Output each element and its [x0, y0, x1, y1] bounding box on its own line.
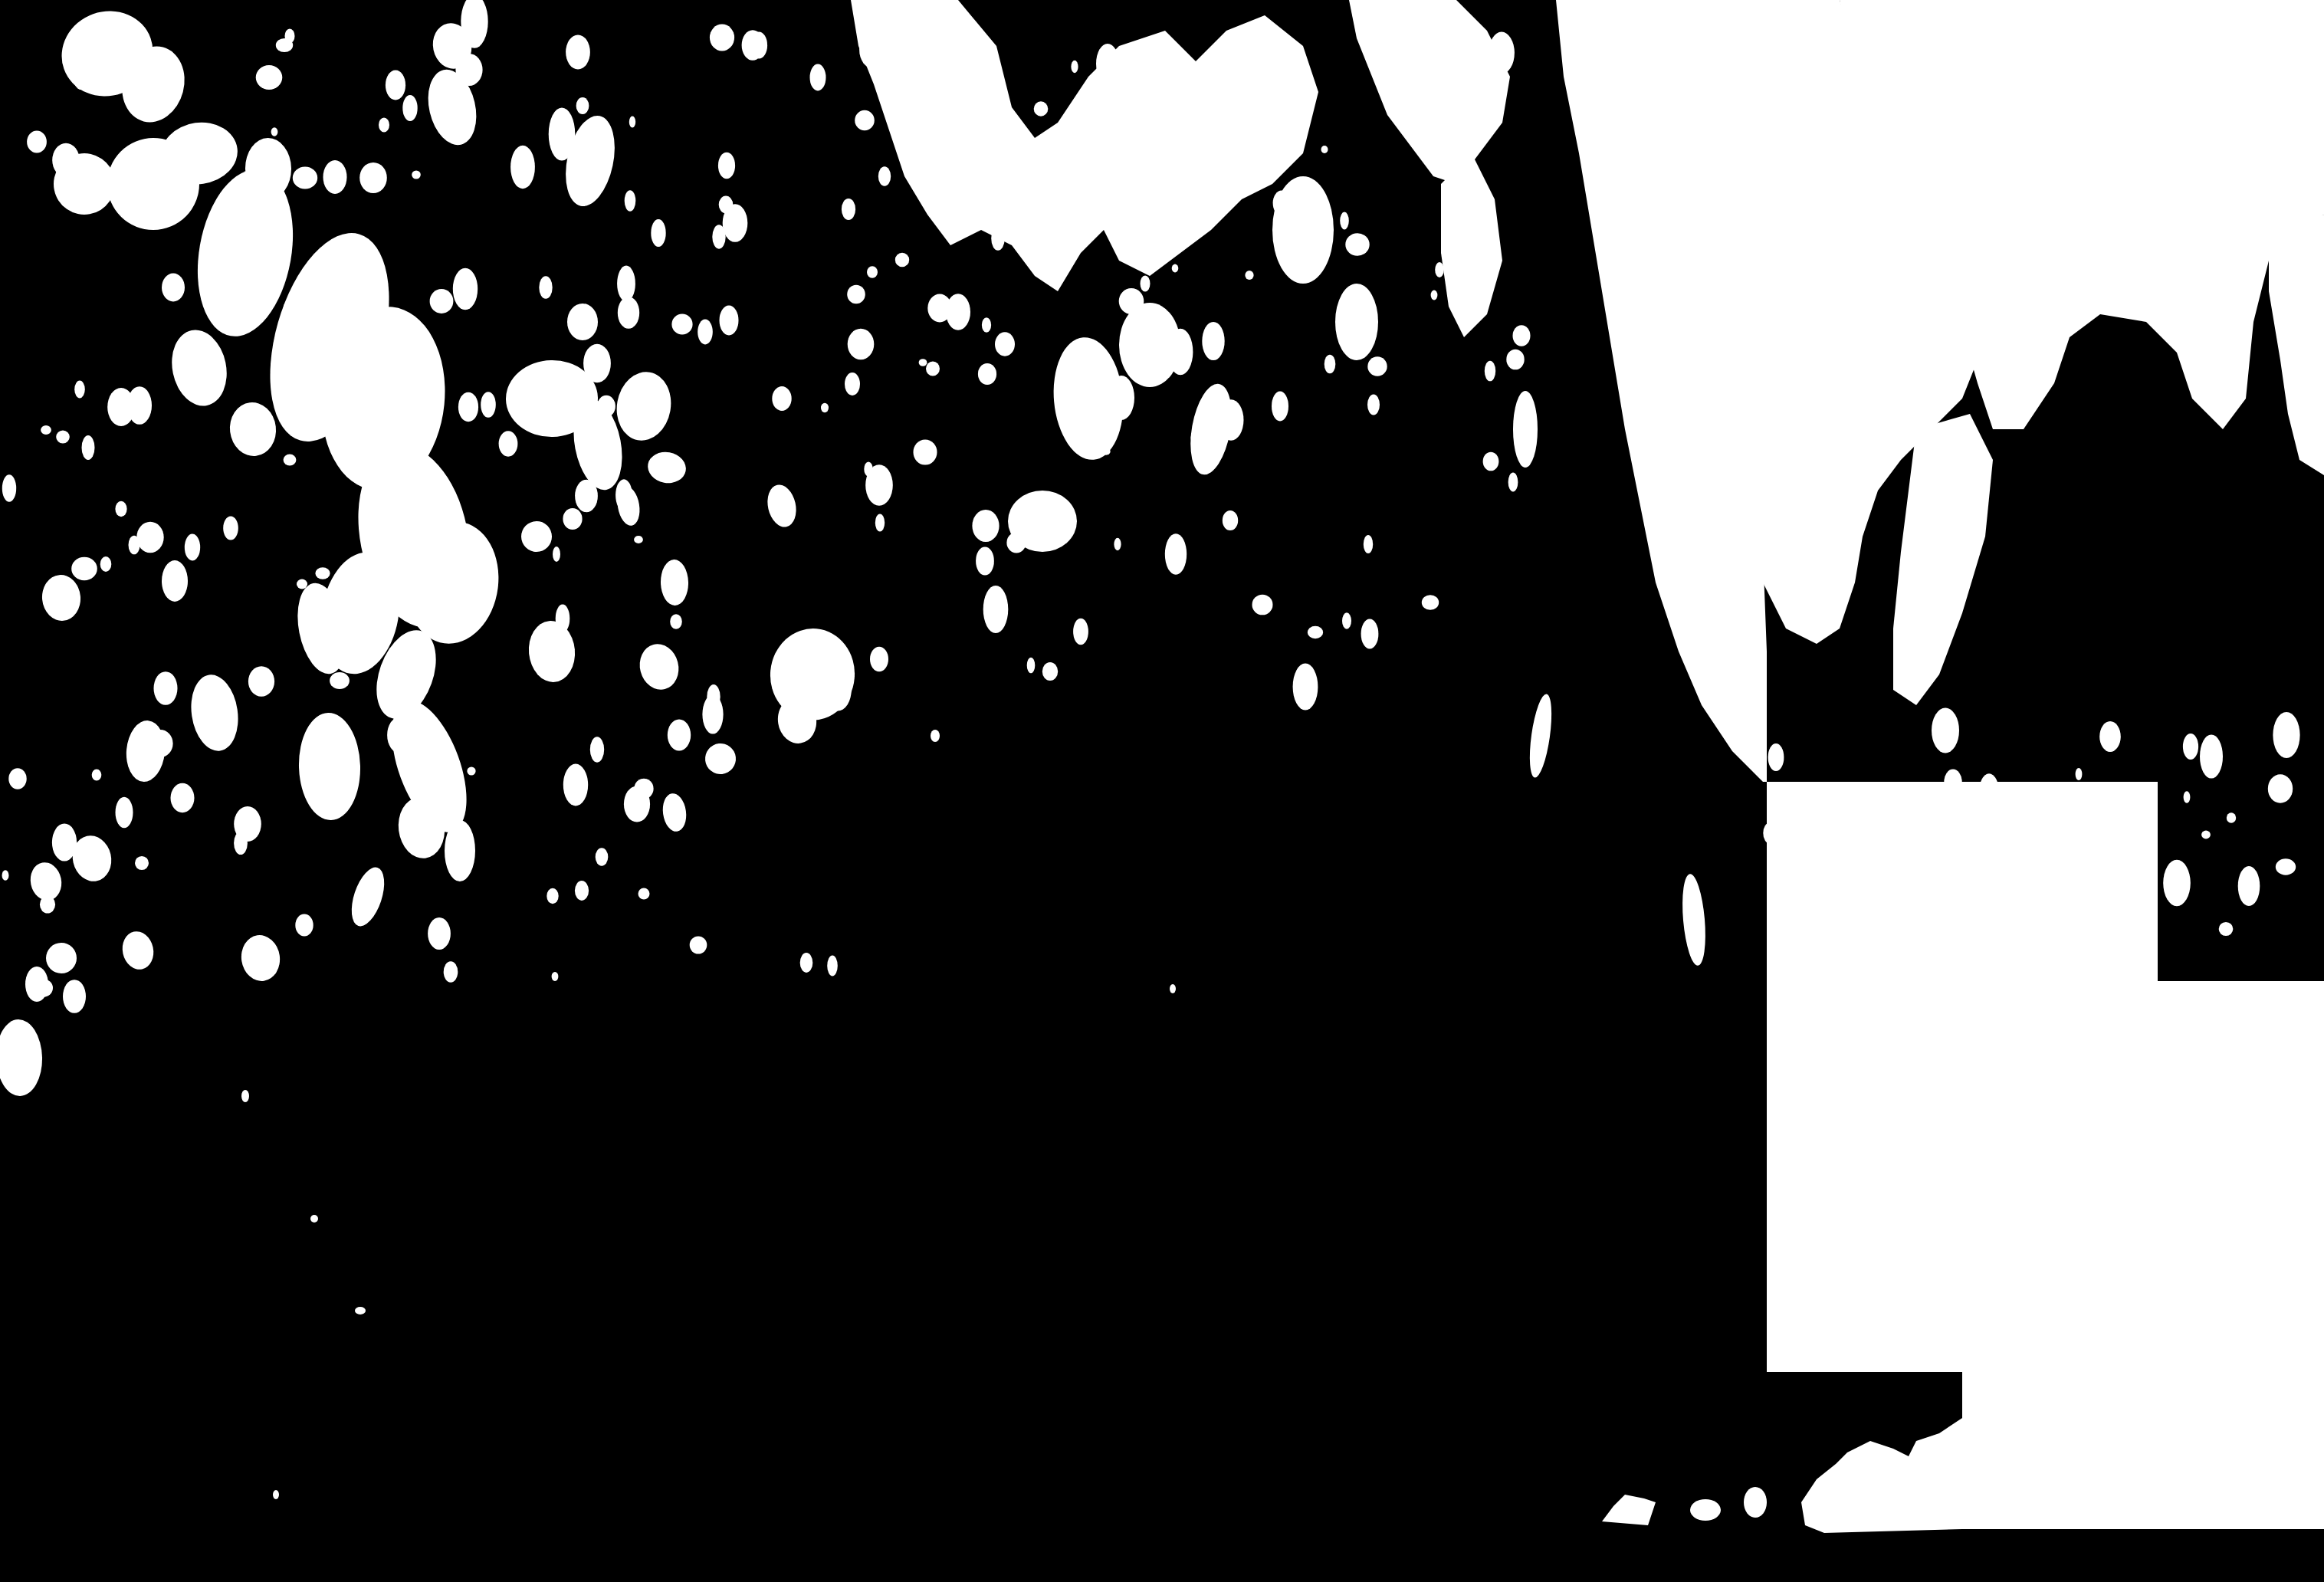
- binary-mask-image: [0, 0, 2324, 1582]
